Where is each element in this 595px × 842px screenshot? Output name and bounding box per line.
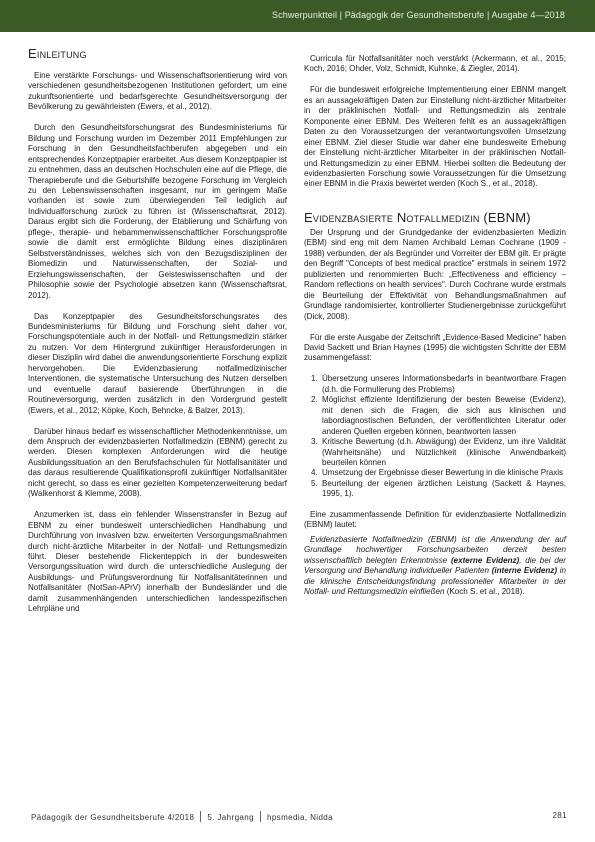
paragraph: Das Konzeptpapier des Gesundheitsforschu… <box>28 312 287 417</box>
definition-emphasis-external: (externe Evidenz) <box>451 556 519 565</box>
section-heading-einleitung: Einleitung <box>28 46 287 62</box>
paragraph: Curricula für Notfallsanitäter noch vers… <box>304 54 566 75</box>
footer-journal: Pädagogik der Gesundheitsberufe 4/2018 <box>31 813 194 822</box>
running-header-bar: Schwerpunktteil | Pädagogik der Gesundhe… <box>0 0 595 32</box>
paragraph: Durch den Gesundheitsforschungsrat des B… <box>28 123 287 301</box>
ebnm-definition: Evidenzbasierte Notfallmedizin (EBNM) is… <box>304 535 566 598</box>
page-number: 281 <box>552 811 567 820</box>
list-item: Umsetzung der Ergebnisse dieser Bewertun… <box>320 468 566 478</box>
left-column: Einleitung Eine verstärkte Forschungs- u… <box>28 46 287 625</box>
list-item: Beurteilung der eigenen ärztlichen Leist… <box>320 479 566 500</box>
definition-intro: Eine zusammenfassende Definition für evi… <box>304 510 566 531</box>
right-column: Curricula für Notfallsanitäter noch vers… <box>304 54 566 597</box>
paragraph: Darüber hinaus bedarf es wissenschaftlic… <box>28 427 287 500</box>
ebm-steps-list: Übersetzung unseres Informationsbedarfs … <box>304 374 566 499</box>
paragraph: Für die bundesweit erfolgreiche Implemen… <box>304 85 566 190</box>
footer-publisher: hpsmedia, Nidda <box>267 813 333 822</box>
list-item: Möglichst effiziente Identifizierung der… <box>320 395 566 437</box>
page-footer: Pädagogik der Gesundheitsberufe 4/20185.… <box>31 811 567 822</box>
footer-volume: 5. Jahrgang <box>207 813 254 822</box>
running-header-title: Schwerpunktteil | Pädagogik der Gesundhe… <box>272 10 565 20</box>
paragraph: Eine verstärkte Forschungs- und Wissensc… <box>28 71 287 113</box>
definition-emphasis-internal: (interne Evidenz) <box>492 566 557 575</box>
definition-citation: (Koch S. et al., 2018). <box>444 587 524 596</box>
footer-separator <box>200 811 201 822</box>
footer-separator <box>260 811 261 822</box>
list-item: Kritische Bewertung (d.h. Abwägung) der … <box>320 437 566 468</box>
paragraph: Anzumerken ist, dass ein fehlender Wisse… <box>28 510 287 615</box>
paragraph: Der Ursprung und der Grundgedanke der ev… <box>304 228 566 322</box>
paragraph: Für die erste Ausgabe der Zeitschrift „E… <box>304 333 566 364</box>
list-item: Übersetzung unseres Informationsbedarfs … <box>320 374 566 395</box>
section-heading-ebnm: Evidenzbasierte Notfallmedizin (EBNM) <box>304 210 566 226</box>
